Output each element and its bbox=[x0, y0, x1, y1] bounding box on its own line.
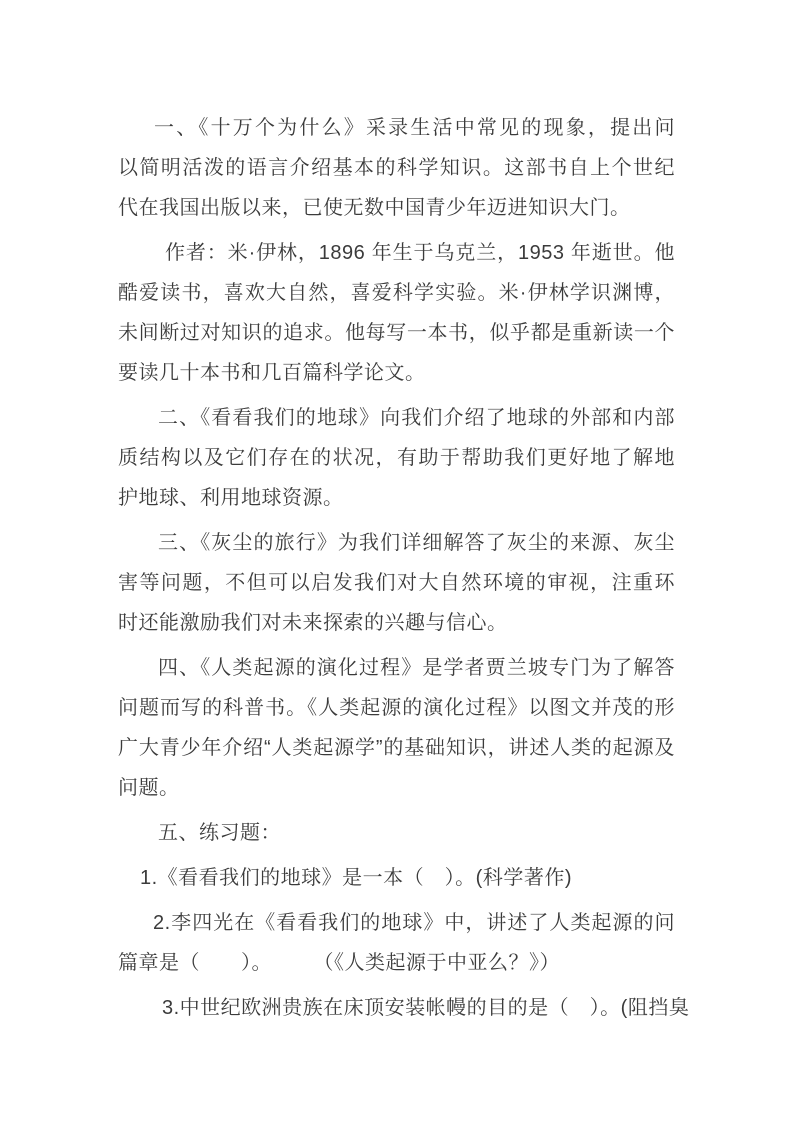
text-line: 未间断过对知识的追求。他每写一本书，似乎都是重新读一个大学， bbox=[118, 313, 675, 353]
text-line: 三、《灰尘的旅行》为我们详细解答了灰尘的来源、灰尘的危 bbox=[118, 523, 675, 563]
para-8-question-2: 2.李四光在《看看我们的地球》中，讲述了人类起源的问题的篇章是（ ）。 （《人类… bbox=[118, 903, 675, 983]
para-5-renlei-qiyuan: 四、《人类起源的演化过程》是学者贾兰坡专门为了解答这个问题而写的科普书。《人类起… bbox=[118, 648, 675, 808]
document-content: 一、《十万个为什么》采录生活中常见的现象，提出问题，并以简明活泼的语言介绍基本的… bbox=[118, 108, 675, 1033]
para-2-author-mi-yilin: 作者：米·伊林，1896 年生于乌克兰，1953 年逝世。他从小酷爱读书，喜欢大… bbox=[118, 233, 675, 393]
text-line: 护地球、利用地球资源。 bbox=[118, 478, 675, 518]
para-1-shiwange-weishenme: 一、《十万个为什么》采录生活中常见的现象，提出问题，并以简明活泼的语言介绍基本的… bbox=[118, 108, 675, 228]
text-line: 酷爱读书，喜欢大自然，喜爱科学实验。米·伊林学识渊博，一生从 bbox=[118, 273, 675, 313]
text-line: 2.李四光在《看看我们的地球》中，讲述了人类起源的问题的 bbox=[118, 903, 675, 943]
para-4-huichen-de-lvxing: 三、《灰尘的旅行》为我们详细解答了灰尘的来源、灰尘的危害等问题，不但可以启发我们… bbox=[118, 523, 675, 643]
text-line: 五、练习题： bbox=[118, 813, 675, 853]
text-line: 3.中世纪欧洲贵族在床顶安装帐幔的目的是（ ）。(阻挡臭 bbox=[118, 988, 675, 1028]
text-line: 作者：米·伊林，1896 年生于乌克兰，1953 年逝世。他从小 bbox=[118, 233, 675, 273]
text-line: 篇章是（ ）。 （《人类起源于中亚么？》） bbox=[118, 943, 675, 983]
text-line: 时还能激励我们对未来探索的兴趣与信心。 bbox=[118, 603, 675, 643]
text-line: 四、《人类起源的演化过程》是学者贾兰坡专门为了解答这个 bbox=[118, 648, 675, 688]
para-9-question-3: 3.中世纪欧洲贵族在床顶安装帐幔的目的是（ ）。(阻挡臭 bbox=[118, 988, 675, 1028]
text-line: 二、《看看我们的地球》向我们介绍了地球的外部和内部的物 bbox=[118, 398, 675, 438]
text-line: 要读几十本书和几百篇科学论文。 bbox=[118, 353, 675, 393]
para-3-kankan-women-de-diqiu: 二、《看看我们的地球》向我们介绍了地球的外部和内部的物质结构以及它们存在的状况，… bbox=[118, 398, 675, 518]
document-page: 一、《十万个为什么》采录生活中常见的现象，提出问题，并以简明活泼的语言介绍基本的… bbox=[0, 0, 793, 1122]
text-line: 质结构以及它们存在的状况，有助于帮助我们更好地了解地球、保 bbox=[118, 438, 675, 478]
text-line: 代在我国出版以来，已使无数中国青少年迈进知识大门。 bbox=[118, 188, 675, 228]
text-line: 问题而写的科普书。《人类起源的演化过程》以图文并茂的形式向 bbox=[118, 688, 675, 728]
text-line: 1.《看看我们的地球》是一本（ ）。(科学著作) bbox=[118, 858, 675, 898]
text-line: 广大青少年介绍“人类起源学”的基础知识，讲述人类的起源及进化 bbox=[118, 728, 675, 768]
text-line: 害等问题，不但可以启发我们对大自然环境的审视，注重环保，同 bbox=[118, 563, 675, 603]
para-6-lianxiti-heading: 五、练习题： bbox=[118, 813, 675, 853]
text-line: 以简明活泼的语言介绍基本的科学知识。这部书自上个世纪 60 年 bbox=[118, 148, 675, 188]
text-line: 问题。 bbox=[118, 768, 675, 808]
para-7-question-1: 1.《看看我们的地球》是一本（ ）。(科学著作) bbox=[118, 858, 675, 898]
text-line: 一、《十万个为什么》采录生活中常见的现象，提出问题，并 bbox=[118, 108, 675, 148]
